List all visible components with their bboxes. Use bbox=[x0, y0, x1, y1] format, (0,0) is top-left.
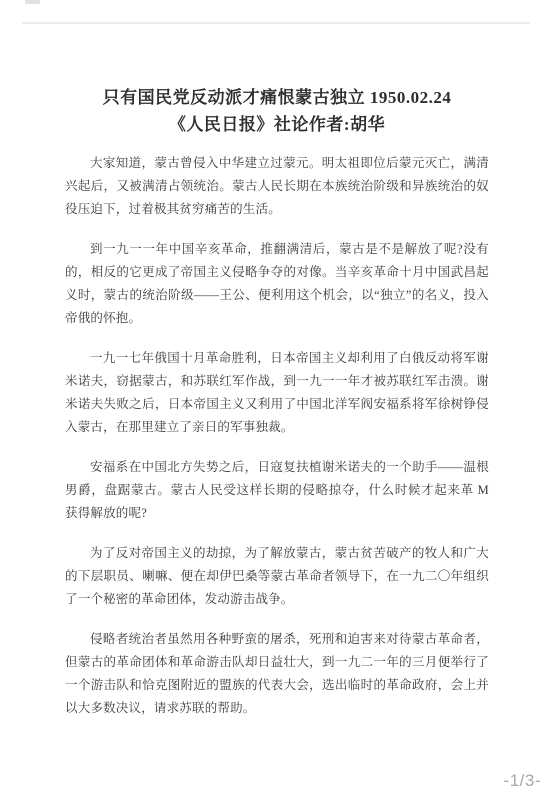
article: 只有国民党反动派才痛恨蒙古独立 1950.02.24 《人民日报》社论作者:胡华… bbox=[65, 84, 489, 737]
page-number-indicator: -1/3- bbox=[504, 770, 541, 792]
article-paragraph-2: 到一九一一年中国辛亥革命，推翻满清后，蒙古是不是解放了呢?没有的，相反的它更成了… bbox=[65, 238, 489, 330]
article-paragraph-6: 侵略者统治者虽然用各种野蛮的屠杀，死刑和迫害来对待蒙古革命者，但蒙古的革命团体和… bbox=[65, 628, 489, 720]
article-paragraph-5: 为了反对帝国主义的劫掠，为了解放蒙古，蒙古贫苦破产的牧人和广大的下层职员、喇嘛、… bbox=[65, 542, 489, 611]
top-divider-line bbox=[22, 22, 530, 24]
article-title-line2: 《人民日报》社论作者:胡华 bbox=[65, 111, 489, 138]
top-edge-artifact bbox=[25, 0, 40, 4]
article-title-line1: 只有国民党反动派才痛恨蒙古独立 1950.02.24 bbox=[65, 84, 489, 111]
article-paragraph-3: 一九一七年俄国十月革命胜利，日本帝国主义却利用了白俄反动将军谢米诺夫，窃据蒙古，… bbox=[65, 347, 489, 439]
article-title: 只有国民党反动派才痛恨蒙古独立 1950.02.24 《人民日报》社论作者:胡华 bbox=[65, 84, 489, 138]
article-paragraph-4: 安福系在中国北方失势之后，日寇复扶植谢米诺夫的一个助手——温根男爵，盘踞蒙古。蒙… bbox=[65, 456, 489, 525]
article-paragraph-1: 大家知道，蒙古曾侵入中华建立过蒙元。明太祖即位后蒙元灭亡，满清兴起后，又被满清占… bbox=[65, 152, 489, 221]
document-page: 只有国民党反动派才痛恨蒙古独立 1950.02.24 《人民日报》社论作者:胡华… bbox=[0, 0, 549, 800]
